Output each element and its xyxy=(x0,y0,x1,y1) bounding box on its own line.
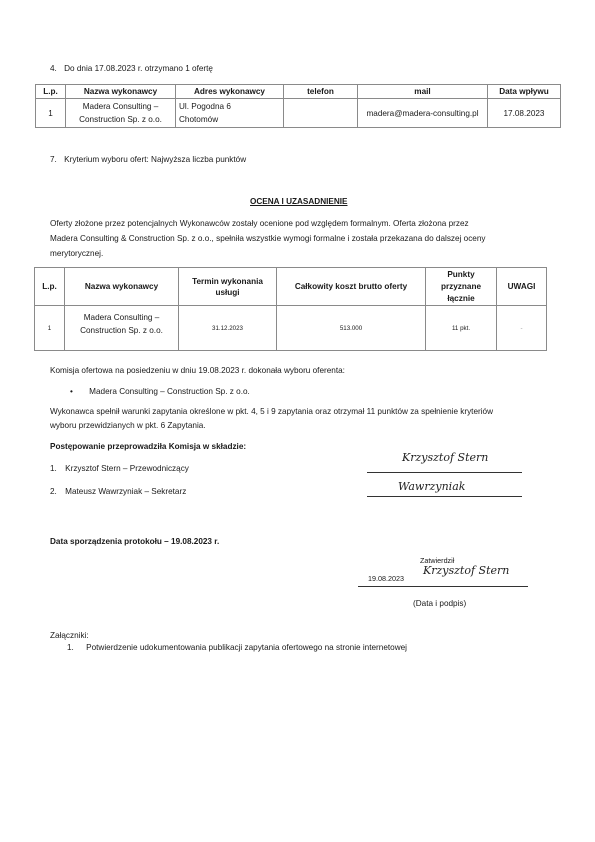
header-name: Nazwa wykonawcy xyxy=(66,85,176,99)
cell-lp: 1 xyxy=(35,306,65,351)
header-mail: mail xyxy=(358,85,488,99)
cell-lp: 1 xyxy=(36,99,66,128)
points-line-1: Punkty xyxy=(429,269,493,281)
commission-heading: Postępowanie przeprowadziła Komisja w sk… xyxy=(50,442,246,451)
justification-line-2: wyboru przewidzianych w pkt. 6 Zapytania… xyxy=(50,421,206,430)
address-line-2: Chotomów xyxy=(179,113,280,126)
table-row: 1 Madera Consulting – Construction Sp. z… xyxy=(35,306,547,351)
protocol-date: Data sporządzenia protokołu – 19.08.2023… xyxy=(50,537,219,546)
bullet: • xyxy=(70,387,73,396)
commission-member-1: 1. Krzysztof Stern – Przewodniczący xyxy=(50,464,189,473)
points-line-2: przyznane xyxy=(429,281,493,293)
cell-notes: - xyxy=(497,306,547,351)
attachment-text: Potwierdzenie udokumentowania publikacji… xyxy=(86,643,407,652)
approval-caption: (Data i podpis) xyxy=(413,599,466,608)
member-name: Mateusz Wawrzyniak – Sekretarz xyxy=(65,487,186,496)
section-7-number: 7. xyxy=(50,155,57,164)
cell-phone xyxy=(284,99,358,128)
evaluation-table: L.p. Nazwa wykonawcy Termin wykonania us… xyxy=(34,267,547,351)
member-number: 2. xyxy=(50,487,57,496)
header-date: Data wpływu xyxy=(488,85,561,99)
evaluation-paragraph-line-1: Oferty złożone przez potencjalnych Wykon… xyxy=(50,219,469,228)
commission-member-2: 2. Mateusz Wawrzyniak – Sekretarz xyxy=(50,487,186,496)
member-name: Krzysztof Stern – Przewodniczący xyxy=(65,464,189,473)
cell-date: 17.08.2023 xyxy=(488,99,561,128)
cell-cost: 513.000 xyxy=(277,306,426,351)
decision-line: Komisja ofertowa na posiedzeniu w dniu 1… xyxy=(50,366,345,375)
selected-contractor: Madera Consulting – Construction Sp. z o… xyxy=(89,387,250,396)
evaluation-title: OCENA I UZASADNIENIE xyxy=(250,197,348,206)
signature-stern: Krzysztof Stern xyxy=(402,451,488,464)
cell-term: 31.12.2023 xyxy=(179,306,277,351)
header-term: Termin wykonania usługi xyxy=(179,268,277,306)
table-row: 1 Madera Consulting – Construction Sp. z… xyxy=(36,99,561,128)
header-address: Adres wykonawcy xyxy=(176,85,284,99)
name-line-1: Madera Consulting – xyxy=(68,311,175,324)
header-lp: L.p. xyxy=(35,268,65,306)
header-lp: L.p. xyxy=(36,85,66,99)
section-4-text: Do dnia 17.08.2023 r. otrzymano 1 ofertę xyxy=(64,64,213,73)
offers-table: L.p. Nazwa wykonawcy Adres wykonawcy tel… xyxy=(35,84,561,128)
approval-signature-line xyxy=(358,586,528,587)
header-notes: UWAGI xyxy=(497,268,547,306)
member-number: 1. xyxy=(50,464,57,473)
term-line-2: usługi xyxy=(182,287,273,298)
attachment-number: 1. xyxy=(67,643,74,652)
name-line-2: Construction Sp. z o.o. xyxy=(69,113,172,126)
header-cost: Całkowity koszt brutto oferty xyxy=(277,268,426,306)
offers-table-header: L.p. Nazwa wykonawcy Adres wykonawcy tel… xyxy=(36,85,561,99)
section-7-text: Kryterium wyboru ofert: Najwyższa liczba… xyxy=(64,155,246,164)
name-line-1: Madera Consulting – xyxy=(69,100,172,113)
points-line-3: łącznie xyxy=(429,293,493,305)
justification-line-1: Wykonawca spełnił warunki zapytania okre… xyxy=(50,407,493,416)
evaluation-paragraph-line-2: Madera Consulting & Construction Sp. z o… xyxy=(50,234,486,243)
evaluation-table-header: L.p. Nazwa wykonawcy Termin wykonania us… xyxy=(35,268,547,306)
section-4-number: 4. xyxy=(50,64,57,73)
signature-line-1 xyxy=(367,472,522,473)
header-name: Nazwa wykonawcy xyxy=(65,268,179,306)
cell-address: Ul. Pogodna 6 Chotomów xyxy=(176,99,284,128)
approved-date: 19.08.2023 xyxy=(368,574,404,583)
approved-signature: Krzysztof Stern xyxy=(423,564,509,577)
address-line-1: Ul. Pogodna 6 xyxy=(179,100,280,113)
cell-points: 11 pkt. xyxy=(426,306,497,351)
selected-contractor-item: • Madera Consulting – Construction Sp. z… xyxy=(70,387,250,396)
term-line-1: Termin wykonania xyxy=(182,276,273,287)
name-line-2: Construction Sp. z o.o. xyxy=(68,324,175,337)
cell-name: Madera Consulting – Construction Sp. z o… xyxy=(66,99,176,128)
header-phone: telefon xyxy=(284,85,358,99)
header-points: Punkty przyznane łącznie xyxy=(426,268,497,306)
attachments-heading: Załączniki: xyxy=(50,631,89,640)
evaluation-paragraph-line-3: merytorycznej. xyxy=(50,249,103,258)
attachment-item: 1. Potwierdzenie udokumentowania publika… xyxy=(67,643,407,652)
section-7-heading: 7. Kryterium wyboru ofert: Najwyższa lic… xyxy=(50,155,246,164)
signature-line-2 xyxy=(367,496,522,497)
cell-name: Madera Consulting – Construction Sp. z o… xyxy=(65,306,179,351)
signature-wawrzyniak: Wawrzyniak xyxy=(398,480,465,493)
section-4-heading: 4. Do dnia 17.08.2023 r. otrzymano 1 ofe… xyxy=(50,64,213,73)
cell-mail: madera@madera-consulting.pl xyxy=(358,99,488,128)
